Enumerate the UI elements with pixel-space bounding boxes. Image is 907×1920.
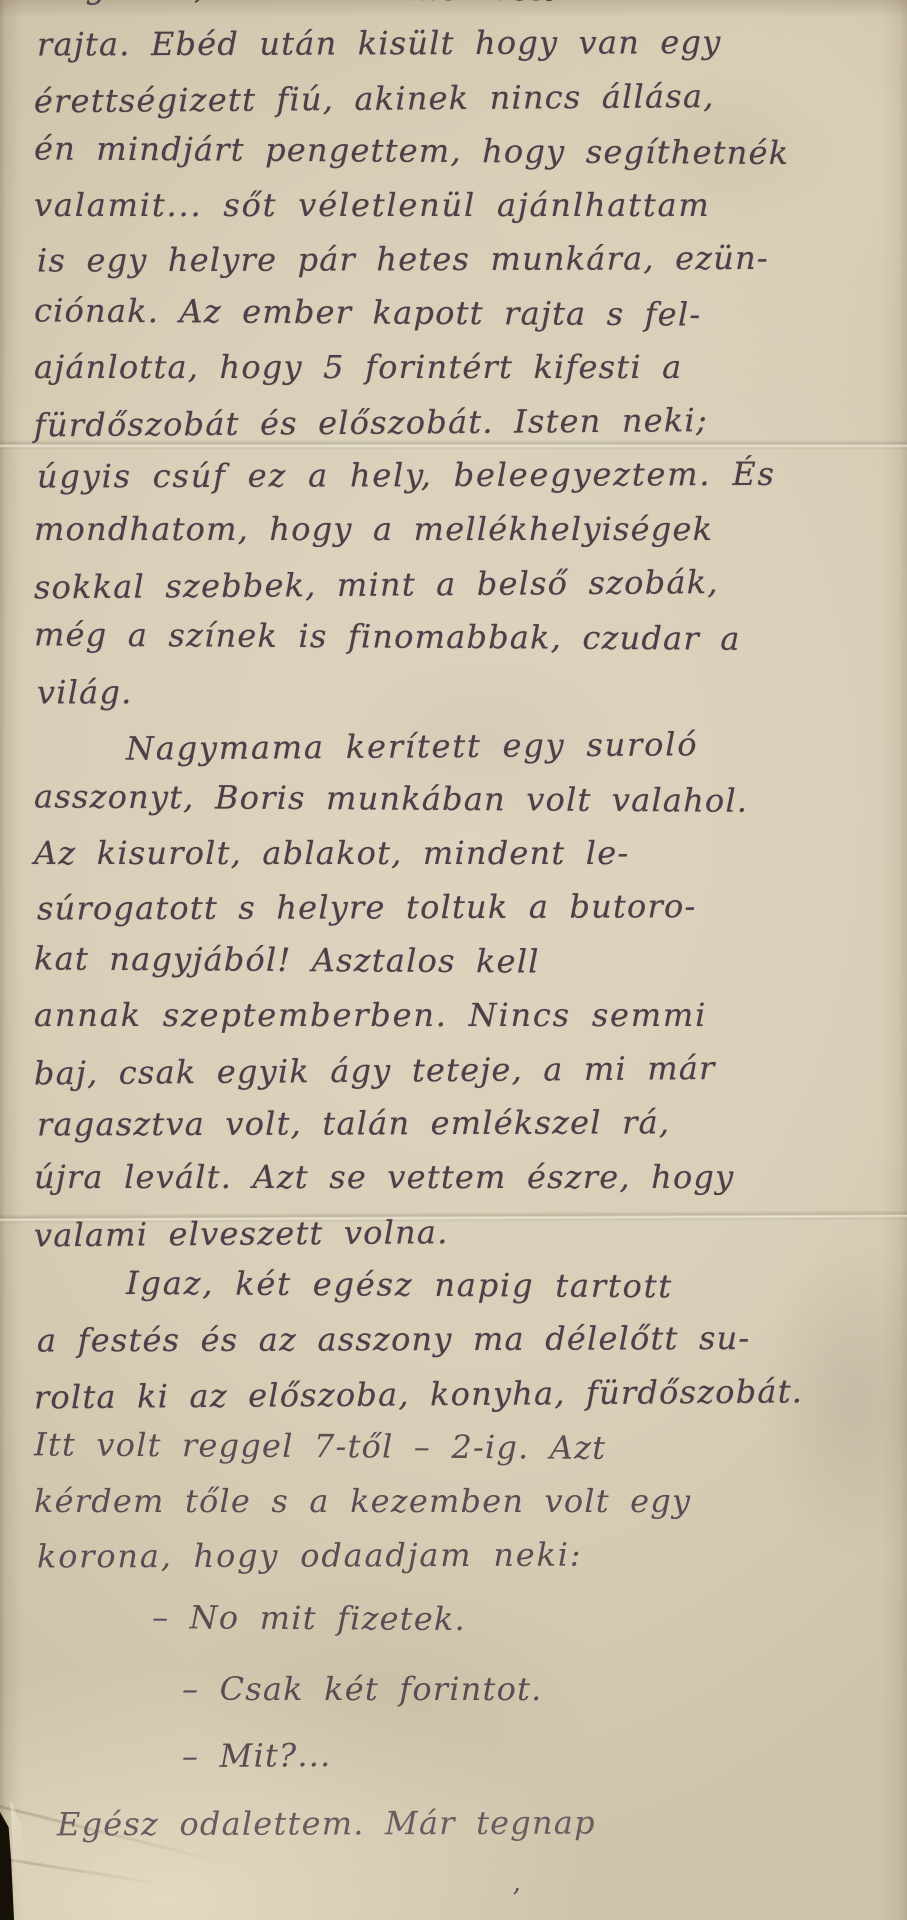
handwritten-line: ajánlotta, hogy 5 forintért kifesti a (34, 348, 891, 402)
handwritten-line: érettségizett fiú, akinek nincs állása, (34, 76, 891, 137)
handwritten-line: fürdőszobát és előszobát. Isten neki; (34, 400, 891, 461)
handwritten-line: valami elveszett volna. (34, 1210, 891, 1271)
handwritten-line: korona, hogy odaadjam neki: (37, 1534, 894, 1591)
dialogue-line: – Csak két forintot. (34, 1670, 891, 1724)
letter-body: meg ……, … a … ……el volt rajta. Ebéd után… (34, 0, 891, 1858)
handwritten-line: baj, csak egyik ágy teteje, a mi már (34, 1048, 891, 1109)
stray-ink-mark: ’ (512, 1884, 520, 1914)
handwritten-line: Itt volt reggel 7-től – 2-ig. Azt (34, 1425, 891, 1484)
handwritten-line: is egy helyre pár hetes munkára, ezün- (37, 238, 894, 295)
handwritten-line: mondhatom, hogy a mellékhelyiségek (34, 510, 891, 564)
handwritten-line: annak szeptemberben. Nincs semmi (34, 996, 891, 1050)
handwritten-line: Egész odalettem. Már tegnap (37, 1802, 894, 1859)
handwritten-line: világ. (37, 670, 894, 727)
handwritten-line: rajta. Ebéd után kisült hogy van egy (37, 22, 894, 79)
handwritten-line: még a színek is finomabbak, czudar a (34, 615, 891, 674)
handwritten-line: súrogatott s helyre toltuk a butoro- (37, 886, 894, 943)
handwritten-line: ragasztva volt, talán emlékszel rá, (37, 1102, 894, 1159)
dialogue-line: – Mit?... (34, 1732, 891, 1793)
handwritten-line: újra levált. Azt se vettem észre, hogy (34, 1158, 891, 1212)
handwritten-line: rolta ki az előszoba, konyha, fürdőszobá… (34, 1372, 891, 1433)
handwritten-line-paragraph: Igaz, két egész napig tartott (34, 1263, 891, 1322)
handwritten-line: valamit... sőt véletlenül ajánlhattam (34, 186, 891, 240)
handwritten-line: ciónak. Az ember kapott rajta s fel- (34, 291, 891, 350)
handwritten-line-paragraph: Nagymama kerített egy suroló (34, 724, 891, 785)
letter-paper: meg ……, … a … ……el volt rajta. Ebéd után… (0, 0, 907, 1920)
handwritten-line: kérdem tőle s a kezemben volt egy (34, 1482, 891, 1536)
handwritten-line: kat nagyjából! Asztalos kell (34, 939, 891, 998)
dialogue-line: – No mit fizetek. (34, 1597, 891, 1656)
handwritten-line: a festés és az asszony ma délelőtt su- (37, 1318, 894, 1375)
handwritten-line: sokkal szebbek, mint a belső szobák, (34, 562, 891, 623)
handwritten-line: úgyis csúf ez a hely, beleegyeztem. És (37, 454, 894, 511)
handwritten-line: asszonyt, Boris munkában volt valahol. (34, 777, 891, 836)
handwritten-line: Az kisurolt, ablakot, mindent le- (34, 834, 891, 888)
handwritten-line: én mindjárt pengettem, hogy segíthetnék (34, 129, 891, 188)
